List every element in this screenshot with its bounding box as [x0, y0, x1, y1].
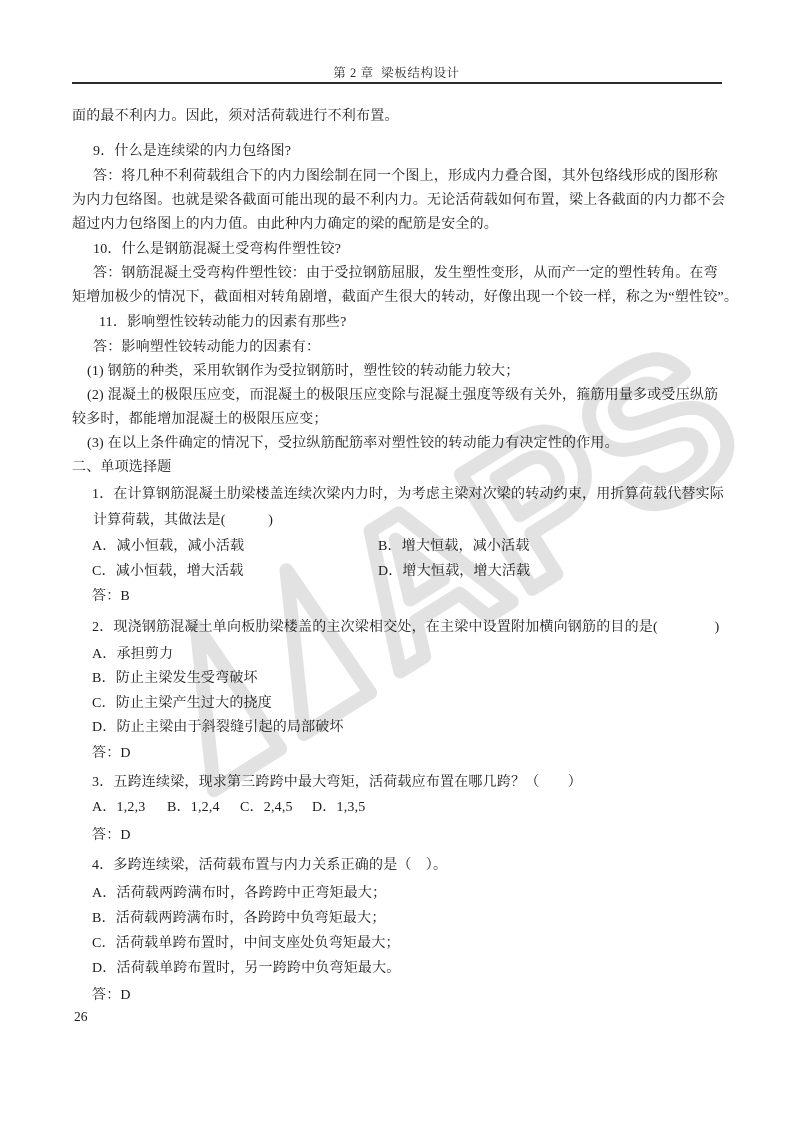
q11-item-2-wrap: 较多时，都能增加混凝土的极限压应变； — [72, 411, 328, 428]
mcq1-option-c: C．减小恒载，增大活载 — [92, 563, 244, 580]
mcq3-answer: 答：D — [92, 827, 131, 844]
document-page: APS 第 2 章 梁板结构设计 面的最不利内力。因此，须对活荷载进行不利布置。… — [0, 0, 793, 1122]
mcq3-option-d: D．1,3,5 — [312, 799, 366, 816]
question-10: 10．什么是钢筋混凝土受弯构件塑性铰? — [93, 241, 341, 258]
mcq1-option-b: B．增大恒载，减小活载 — [378, 538, 530, 555]
mcq3-option-a: A．1,2,3 — [92, 799, 146, 816]
mcq2-option-c: C．防止主梁产生过大的挠度 — [92, 695, 272, 712]
q11-answer-intro: 答：影响塑性铰转动能力的因素有： — [93, 339, 320, 356]
mcq2-option-d: D．防止主梁由于斜裂缝引起的局部破坏 — [92, 719, 344, 736]
mcq4-option-d: D．活荷载单跨布置时，另一跨跨中负弯矩最大。 — [92, 960, 401, 977]
q10-answer-line-2: 矩增加极少的情况下，截面相对转角剧增，截面产生很大的转动，好像出现一个铰一样，称… — [72, 289, 738, 306]
page-header-title: 第 2 章 梁板结构设计 — [0, 63, 793, 81]
mcq1-line-2: 计算荷载，其做法是( ) — [93, 512, 273, 529]
mcq4-answer: 答：D — [92, 987, 131, 1004]
q10-answer-line-1: 答：钢筋混凝土受弯构件塑性铰：由于受拉钢筋屈服，发生塑性变形，从而产一定的塑性转… — [93, 265, 718, 282]
mcq4-line-1: 4．多跨连续梁，活荷载布置与内力关系正确的是（ ）。 — [92, 857, 447, 874]
section2-title: 二、单项选择题 — [72, 459, 171, 476]
mcq3-option-c: C．2,4,5 — [240, 799, 293, 816]
mcq3-line-1: 3．五跨连续梁，现求第三跨跨中最大弯矩，活荷载应布置在哪几跨？（ ） — [92, 774, 582, 791]
question-11: 11．影响塑性铰转动能力的因素有那些? — [99, 314, 347, 331]
q9-answer-line-2: 为内力包络图。也就是梁各截面可能出现的最不利内力。无论活荷载如何布置，梁上各截面… — [72, 192, 725, 209]
question-9: 9．什么是连续梁的内力包络图? — [93, 143, 291, 160]
header-rule — [72, 82, 722, 84]
q9-answer-line-1: 答：将几种不利荷载组合下的内力图绘制在同一个图上，形成内力叠合图，其外包络线形成… — [93, 168, 718, 185]
mcq1-option-a: A．减小恒载，减小活载 — [92, 538, 244, 555]
mcq1-line-1: 1．在计算钢筋混凝土肋梁楼盖连续次梁内力时，为考虑主梁对次梁的转动约束，用折算荷… — [92, 486, 724, 503]
mcq4-option-a: A．活荷载两跨满布时，各跨跨中正弯矩最大； — [92, 885, 386, 902]
mcq4-option-b: B．活荷载两跨满布时，各跨跨中负弯矩最大； — [92, 910, 386, 927]
q9-answer-line-3: 超过内力包络图上的内力值。由此种内力确定的梁的配筋是安全的。 — [72, 216, 498, 233]
mcq2-answer: 答：D — [92, 745, 131, 762]
q11-item-2: (2) 混凝土的极限压应变，而混凝土的极限压应变除与混凝土强度等级有关外，箍筋用… — [87, 387, 718, 404]
mcq4-option-c: C．活荷载单跨布置时，中间支座处负弯矩最大； — [92, 935, 400, 952]
mcq2-option-b: B．防止主梁发生受弯破坏 — [92, 670, 258, 687]
q11-item-3: (3) 在以上条件确定的情况下，受拉纵筋配筋率对塑性铰的转动能力有决定性的作用。 — [87, 435, 619, 452]
mcq2-line-1: 2．现浇钢筋混凝土单向板肋梁楼盖的主次梁相交处，在主梁中设置附加横向钢筋的目的是… — [92, 619, 720, 636]
mcq2-option-a: A．承担剪力 — [92, 646, 173, 663]
q11-item-1: (1) 钢筋的种类，采用软钢作为受拉钢筋时，塑性铰的转动能力较大； — [87, 363, 519, 380]
intro-line: 面的最不利内力。因此，须对活荷载进行不利布置。 — [72, 108, 399, 125]
mcq1-answer: 答：B — [92, 588, 130, 605]
mcq1-option-d: D．增大恒载，增大活载 — [378, 563, 530, 580]
page-number: 26 — [74, 1009, 88, 1025]
mcq3-option-b: B．1,2,4 — [167, 799, 220, 816]
